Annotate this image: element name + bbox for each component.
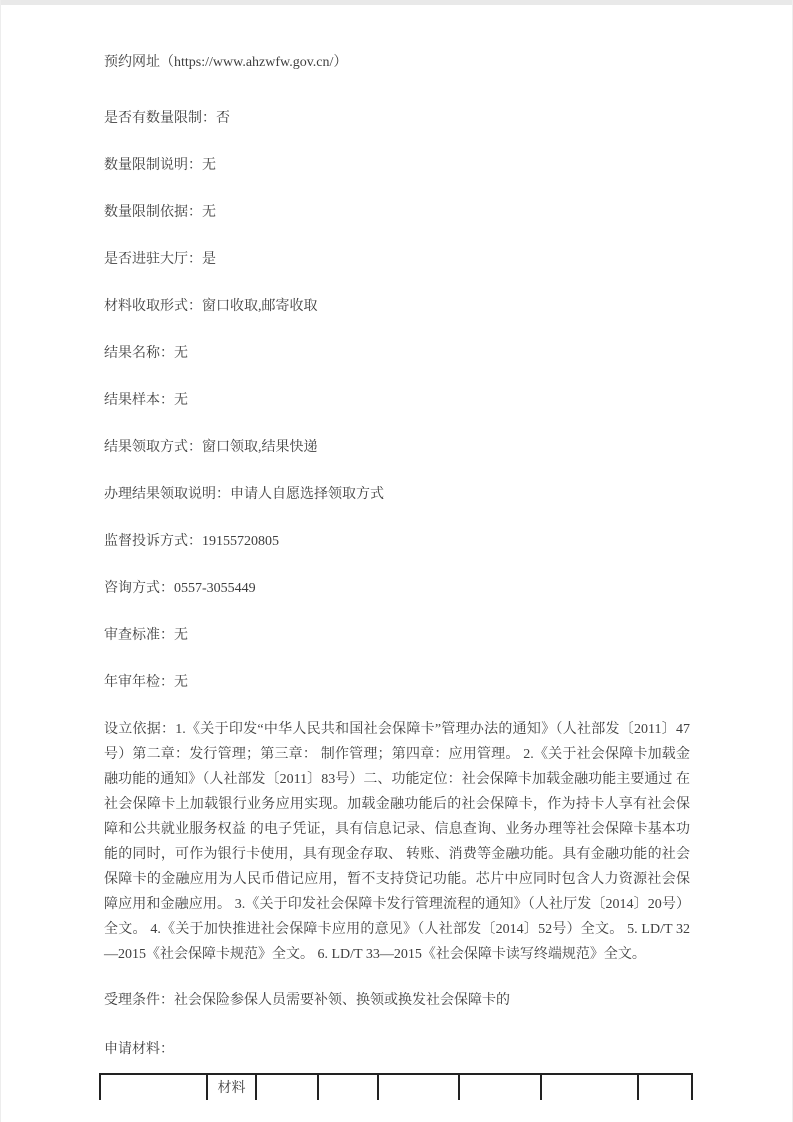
field-booking-url: 预约网址（https://www.ahzwfw.gov.cn/） — [104, 50, 690, 75]
table-cell — [101, 1075, 208, 1100]
field-quantity-limit-basis: 数量限制依据：无 — [104, 200, 690, 225]
field-result-sample: 结果样本：无 — [104, 388, 690, 413]
table-cell — [460, 1075, 542, 1100]
field-material-collection-form: 材料收取形式：窗口收取,邮寄收取 — [104, 294, 690, 319]
legal-basis-paragraph: 设立依据：1.《关于印发“中华人民共和国社会保障卡”管理办法的通知》（人社部发〔… — [104, 717, 690, 967]
field-consult-phone: 咨询方式：0557-3055449 — [104, 576, 690, 601]
application-materials-label: 申请材料： — [104, 1037, 690, 1062]
document-content: 预约网址（https://www.ahzwfw.gov.cn/） 是否有数量限制… — [104, 0, 690, 1100]
field-annual-inspection: 年审年检：无 — [104, 670, 690, 695]
acceptance-condition: 受理条件：社会保险参保人员需要补领、换领或换发社会保障卡的 — [104, 988, 690, 1013]
field-quantity-limit-note: 数量限制说明：无 — [104, 153, 690, 178]
table-cell — [542, 1075, 640, 1100]
field-result-pickup-note: 办理结果领取说明：申请人自愿选择领取方式 — [104, 482, 690, 507]
field-quantity-limit: 是否有数量限制：否 — [104, 106, 690, 131]
field-supervision-phone: 监督投诉方式：19155720805 — [104, 529, 690, 554]
table-cell — [319, 1075, 379, 1100]
table-cell — [639, 1075, 693, 1100]
table-cell-materials-header: 材料 — [208, 1075, 258, 1100]
materials-table: 材料 — [99, 1073, 693, 1100]
document-page: 预约网址（https://www.ahzwfw.gov.cn/） 是否有数量限制… — [0, 0, 793, 1122]
field-result-name: 结果名称：无 — [104, 341, 690, 366]
field-in-hall: 是否进驻大厅：是 — [104, 247, 690, 272]
table-cell — [257, 1075, 319, 1100]
field-result-pickup-method: 结果领取方式：窗口领取,结果快递 — [104, 435, 690, 460]
field-review-standard: 审查标准：无 — [104, 623, 690, 648]
table-cell — [379, 1075, 460, 1100]
materials-table-header-row: 材料 — [99, 1075, 693, 1100]
